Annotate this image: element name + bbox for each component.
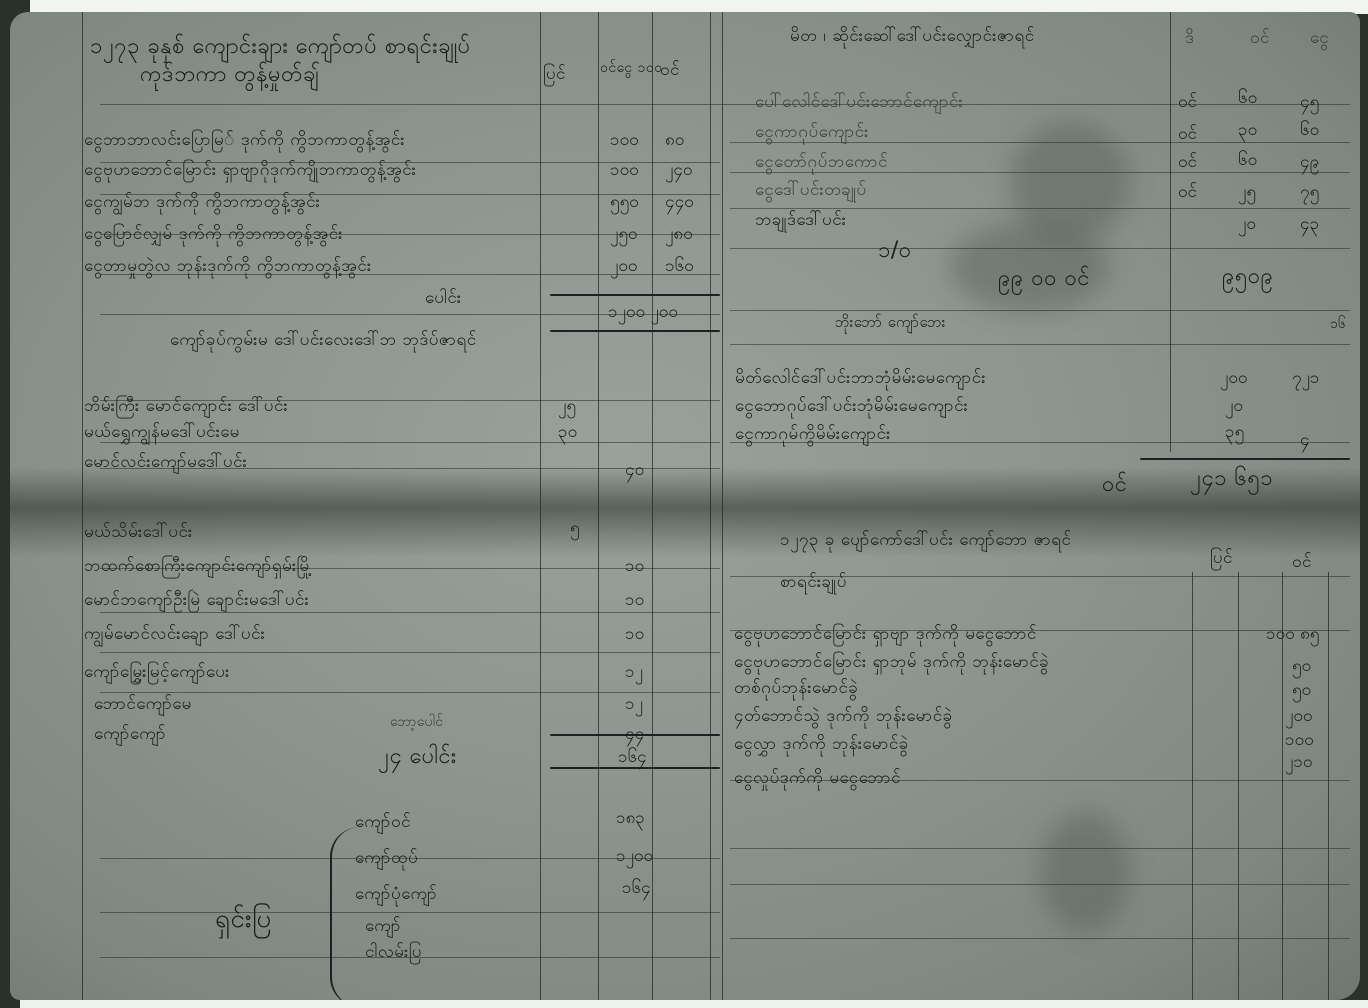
ledger-value: ၁၆၀ [665, 256, 694, 276]
ledger-value: ၁၀ [625, 590, 644, 610]
right-col-header-2: ဝင် [1250, 28, 1270, 48]
ruled-line [100, 104, 1350, 105]
ruled-line [730, 208, 1350, 209]
ledger-value: ၂၄၀ [665, 160, 692, 180]
ledger-value: ၁၀၀ [610, 130, 639, 150]
ledger-entry: ငွေကာဂုမ်ကွိမိမ်းကျောင်း [735, 424, 891, 444]
ledger-entry: ကျွမ်မောင်လင်းချော ဒေါ်ပင်း [84, 624, 265, 644]
bottom-value: ၁၈၃ [616, 808, 645, 828]
brace-item: ကျော် [365, 916, 401, 936]
ledger-value: ၂၀၀ [1285, 706, 1312, 726]
ledger-value: ၃၀ [558, 422, 577, 442]
right-value: ၆၀ [1238, 88, 1257, 108]
ruled-line [730, 248, 1350, 249]
page-fold-shadow [10, 467, 1360, 557]
ruled-line [730, 848, 1350, 849]
ledger-entry: မယ်သိမ်းဒေါ်ပင်း [84, 522, 193, 542]
ledger-value: ၂၅ [558, 396, 576, 416]
column-line [598, 12, 599, 1000]
right-col-header-3: ငွေ [1310, 28, 1329, 48]
ledger-entry: ဘထက်စောကြီးကျောင်းကျော်ရှမ်းမြို့ [84, 556, 312, 576]
ledger-value: ၂၁၀ [1285, 752, 1312, 772]
bottom-value: ၁၆၄ [622, 878, 651, 898]
column-line [1170, 12, 1171, 452]
subtotal-label: ပေါင်း [425, 288, 462, 308]
left-heading-line1: ၁၂၇၃ ခုနှစ် ကျောင်းချား ကျော်တပ် စာရင်းခ… [90, 34, 471, 60]
total-label: ၂၄ ပေါင်း [378, 744, 457, 770]
ledger-value: ၁၂ [625, 694, 643, 714]
column-line [1192, 572, 1193, 1000]
right-value: ဝင် [1178, 124, 1197, 144]
brace-item: ကျော်ပုံကျော် [355, 884, 437, 904]
left-col-header-2: ဝင်ငွေ ၁၀၀ [600, 58, 663, 78]
right-value: ၂၀ [1225, 396, 1243, 416]
bottom-value: ၁၂၀၀ [616, 846, 653, 866]
left-col-header-1: ပြင် [543, 64, 566, 84]
ledger-value: ၄၄ [625, 724, 644, 744]
brace-item: ငါလမ်းပြ [365, 942, 422, 962]
right-col-header-1: ဒိ [1185, 28, 1194, 48]
ruled-line [730, 938, 1350, 939]
right-section2-corner: ၁၆ [1330, 314, 1346, 334]
ledger-entry: ကျော်ကျော် [94, 724, 166, 744]
ledger-value: ၄၀ [625, 460, 644, 480]
ruled-line [730, 172, 1350, 173]
ledger-value: ၁၀၀ [1285, 730, 1314, 750]
ledger-entry: မောင်ဘကျော်ဦးမြဲ ချောင်းမဒေါ်ပင်း [84, 590, 309, 610]
total-rule [550, 294, 720, 296]
ledger-entry: ကျော်မြွှေးမြင့်ကျော်ပေး [84, 662, 230, 682]
ledger-value: ၁၀ [625, 556, 644, 576]
ledger-entry: ဘောင်ကျော်မေ [94, 694, 192, 714]
margin-line [82, 12, 83, 1000]
ruled-line [100, 692, 720, 693]
ledger-sheet: ၁၂၇၃ ခုနှစ် ကျောင်းချား ကျော်တပ် စာရင်းခ… [10, 12, 1360, 1000]
right-section3-heading-line1: ၁၂၇၃ ခု ပျော်ကော်ဒေါ်ပင်း ကျော်ဘော ဇာရင် [780, 530, 1071, 550]
right-subtotal-left: ၉၉ ၀၀ ဝင် [998, 266, 1090, 292]
right-section3-heading-line2: စာရင်းချုပ် [780, 572, 847, 592]
ledger-entry: ငွေဗုဟဘောင်မြောင်း ရှာဘုမ် ဒုက်ကို ဘုန်း… [734, 652, 1049, 672]
ruled-line [730, 344, 1350, 345]
column-line [710, 12, 711, 1000]
ledger-value: ၂၈၀ [665, 224, 693, 244]
ledger-value: ၄၄၀ [665, 192, 694, 212]
ledger-entry: ၄တ်ဘောင်သွဲ ဒုက်ကို ဘုန်းမောင်ခွဲ [734, 706, 953, 726]
ruled-line [730, 884, 1350, 885]
right-value: ၄၅ [1300, 92, 1319, 112]
ruled-line [100, 442, 720, 443]
ledger-entry: တစ်ဂုပ်ဘုန်းမောင်ခွဲ [734, 678, 858, 698]
ledger-value: ၁၀၀ [610, 160, 639, 180]
subtotal-value: ၁၂၀၀ ၂၀၀ [608, 302, 678, 322]
brace-item: ကျော်ဝင် [355, 812, 411, 832]
ledger-value: ၅၅၀ [610, 192, 639, 212]
right-value: ၄၃ [1300, 214, 1319, 234]
ledger-entry: ဘချုဒ်ဒေါ်ပင်း [755, 210, 846, 230]
faint-note: ဘော့ပေါင် [390, 712, 444, 732]
ledger-entry: ဘိမ်းကြီး မောင်ကျောင်း ဒေါ်ပင်း [84, 396, 288, 416]
scan-bottom-edge [20, 1000, 1368, 1008]
ledger-entry: မောင်လင်းကျော်မဒေါ်ပင်း [84, 452, 247, 472]
right-value: ၂၅ [1238, 182, 1256, 202]
ruled-line [730, 310, 1350, 311]
right-section2-heading: ဘိုးဘော် ကျော်ဘေး [835, 312, 946, 332]
right-value: ၄၉ [1300, 152, 1319, 172]
ledger-value: ၅၀ [1292, 680, 1311, 700]
column-line [1238, 572, 1239, 1000]
ledger-entry: ငွေတော်ဂုပ်ဘကောင် [755, 152, 888, 172]
ledger-entry: ငွေဗုဟဘောင်မြောင်း ရှာဗျာဂိုဒုက်ကျိုဘကာတ… [84, 160, 416, 180]
running-total-right: ၂၄၁ ၆၅၁ [1190, 466, 1273, 492]
right-section3-col-header-2: ဝင် [1292, 552, 1312, 572]
right-section3-col-header-1: ပြင် [1210, 548, 1233, 568]
ledger-entry: ငွေဒေါ်ပင်းတချုပ် [755, 180, 867, 200]
left-heading-line2: ကုဒ်ဘကာ တွန့်မှုတ်ချ် [140, 62, 319, 88]
ledger-value: ၅၀ [1292, 656, 1311, 676]
ledger-value: ၂၅၀ [610, 224, 637, 244]
ledger-entry: မယ်ရွှေကျွန်မဒေါ်ပင်းမေ [84, 422, 240, 442]
right-value: ၆၀ [1238, 150, 1257, 170]
ruled-line [100, 912, 720, 913]
total-rule [550, 330, 720, 332]
ledger-entry: ငွေဗုဟဘောင်မြောင်း ရှာဗျာ ဒုက်ကို မငွေဘေ… [734, 624, 1037, 644]
left-col-header-3: ဝင် [660, 60, 680, 80]
right-value: ဝင် [1178, 92, 1197, 112]
fraction: ၁/၀ [878, 238, 912, 264]
right-value: ၃၀ [1238, 120, 1257, 140]
ledger-value: ၁၀၀ ၈၅ [1266, 624, 1319, 644]
right-value: ၄ [1300, 430, 1310, 450]
ledger-value: ၁၂ [625, 662, 643, 682]
running-total-left: ဝင် [1102, 472, 1128, 498]
ledger-entry: ငွေကျွမ်ဘ ဒုက်ကို ကွိဘကာတွန့်အွင်း [84, 192, 320, 212]
ledger-entry: ငွေကာဂုပ်ကျောင်း [755, 122, 869, 142]
right-value: ဝင် [1178, 152, 1197, 172]
stain [1040, 812, 1130, 932]
column-line [1328, 572, 1329, 1000]
ruled-line [730, 142, 1350, 143]
right-value: ဝင် [1178, 182, 1197, 202]
ledger-entry: ငွေလွှာ ဒုက်ကို ဘုန်းမောင်ခွဲ [734, 734, 909, 754]
ledger-entry: ငွေပြောင်လျှမ် ဒုက်ကို ကွိဘကာတွန့်အွင်း [84, 224, 343, 244]
column-line [540, 12, 541, 1000]
ruled-line [100, 652, 720, 653]
ledger-entry: ငွေတာမှုတွဲလ ဘုန်းဒုက်ကို ကွိဘကာတွန့်အွင… [84, 256, 372, 276]
right-value: ၆၀ [1300, 120, 1319, 140]
bottom-left-word: ရှင်းပြ [215, 906, 272, 932]
ledger-value: ၁၀ [625, 624, 644, 644]
ledger-value: ၈၀ [665, 130, 684, 150]
right-value: ၂၀ [1238, 214, 1256, 234]
ledger-entry: ငွေဘာဘာလင်းပြောမြ် ဒုက်ကို ကွိဘကာတွန့်အွ… [84, 130, 405, 150]
ledger-value: ၅ [570, 518, 580, 538]
ruled-line [100, 612, 720, 613]
right-value: ၇၂၁ [1292, 368, 1319, 388]
ledger-entry: ငွေလှုပ်ဒုက်ကို မငွေဘောင် [734, 768, 901, 788]
total-rule [550, 767, 720, 769]
total-value: ၁၆၄ [618, 747, 647, 767]
ledger-entry: ပေါ်လေါင်ဒေါ်ပင်းဘောင်ကျောင်း [755, 92, 963, 112]
left-section2-heading: ကျော်ခုပ်ကွမ်းမ ဒေါ်ပင်းလေးဒေါ်ဘ ဘုဒ်ပ်ဇ… [170, 330, 477, 350]
page-divider [722, 12, 723, 1000]
ledger-value: ၂၀၀ [610, 256, 637, 276]
total-rule [1140, 458, 1350, 460]
brace-item: ကျော်ထုပ် [355, 848, 418, 868]
right-value: ၂၀၀ [1220, 368, 1247, 388]
right-value: ၇၅ [1300, 182, 1319, 202]
right-subtotal-right: ၉၅၀၉ [1222, 264, 1274, 290]
ledger-entry: မိတ်လေါင်ဒေါ်ပင်းဘာဘုံမိမ်းမေကျောင်း [735, 368, 986, 388]
right-heading: မိတ ၊ ဆိုင်းဆေါ်ဒေါ်ပင်းလျှောင်းဇာရင် [790, 26, 1035, 46]
ledger-entry: ငွေဘောဂုပ်ဒေါ်ပင်းဘုံမိမ်းမေကျောင်း [735, 396, 968, 416]
right-value: ၃၅ [1225, 422, 1244, 442]
